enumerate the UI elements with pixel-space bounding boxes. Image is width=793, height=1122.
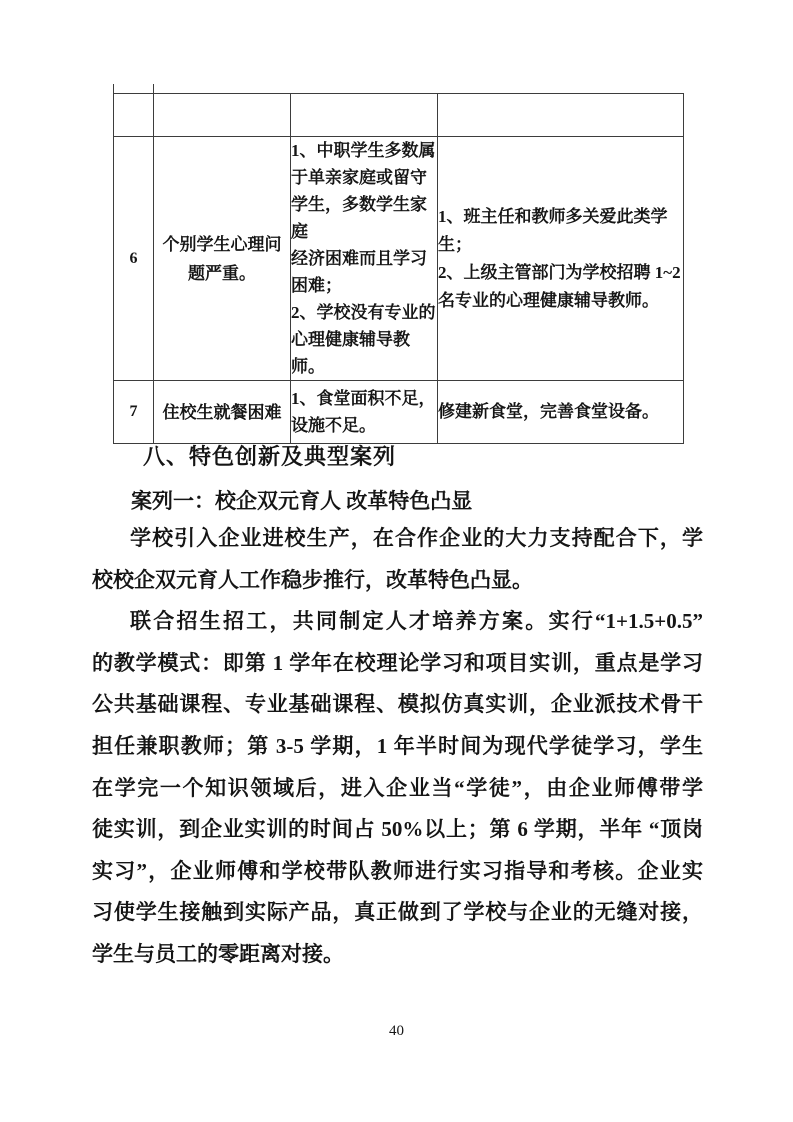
measures-cell: 修建新食堂，完善食堂设备。	[438, 381, 684, 444]
paragraph-line: 习使学生接触到实际产品，真正做到了学校与企业的无缝对接，	[92, 892, 703, 934]
paragraph-line: 的教学模式：即第 1 学年在校理论学习和项目实训，重点是学习	[92, 643, 703, 685]
paragraph-line: 学生与员工的零距离对接。	[92, 934, 703, 976]
table-row-7: 7 住校生就餐困难 1、食堂面积不足， 设施不足。 修建新食堂，完善食堂设备。	[114, 381, 684, 444]
paragraph-line: 担任兼职教师；第 3-5 学期，1 年半时间为现代学徒学习，学生	[92, 726, 703, 768]
row-number: 7	[114, 381, 154, 444]
empty-cell	[154, 94, 291, 137]
paragraph-line: 公共基础课程、专业基础课程、模拟仿真实训，企业派技术骨干	[92, 684, 703, 726]
table-border-stub-left	[113, 84, 114, 93]
empty-cell	[438, 94, 684, 137]
paragraph-line: 在学完一个知识领域后，进入企业当“学徒”，由企业师傅带学	[92, 768, 703, 810]
paragraph-line: 联合招生招工，共同制定人才培养方案。实行“1+1.5+0.5”	[92, 601, 703, 643]
measures-cell: 1、班主任和教师多关爱此类学 生； 2、上级主管部门为学校招聘 1~2 名专业的…	[438, 137, 684, 381]
empty-cell	[291, 94, 438, 137]
issues-table: 6 个别学生心理问 题严重。 1、中职学生多数属 于单亲家庭或留守 学生，多数学…	[113, 93, 684, 444]
paragraph-line: 学校引入企业进校生产，在合作企业的大力支持配合下，学	[92, 518, 703, 560]
analysis-cell: 1、食堂面积不足， 设施不足。	[291, 381, 438, 444]
table-row-pagebreak	[114, 94, 684, 137]
page-number: 40	[0, 1023, 793, 1040]
paragraph-line: 徒实训，到企业实训的时间占 50%以上；第 6 学期，半年 “顶岗	[92, 809, 703, 851]
issue-cell: 住校生就餐困难	[154, 381, 291, 444]
row-number: 6	[114, 137, 154, 381]
empty-cell	[114, 94, 154, 137]
table-border-stub-col1	[153, 84, 154, 93]
document-page: 6 个别学生心理问 题严重。 1、中职学生多数属 于单亲家庭或留守 学生，多数学…	[0, 0, 793, 1122]
analysis-cell: 1、中职学生多数属 于单亲家庭或留守 学生，多数学生家庭 经济困难而且学习 困难…	[291, 137, 438, 381]
table-row-6: 6 个别学生心理问 题严重。 1、中职学生多数属 于单亲家庭或留守 学生，多数学…	[114, 137, 684, 381]
issue-cell: 个别学生心理问 题严重。	[154, 137, 291, 381]
section-heading: 八、特色创新及典型案列	[143, 440, 396, 471]
paragraph-line: 实习”，企业师傅和学校带队教师进行实习指导和考核。企业实	[92, 851, 703, 893]
body-text: 学校引入企业进校生产，在合作企业的大力支持配合下，学 校校企双元育人工作稳步推行…	[92, 518, 703, 976]
case-subheading: 案列一：校企双元育人 改革特色凸显	[131, 485, 472, 515]
paragraph-line: 校校企双元育人工作稳步推行，改革特色凸显。	[92, 560, 703, 602]
